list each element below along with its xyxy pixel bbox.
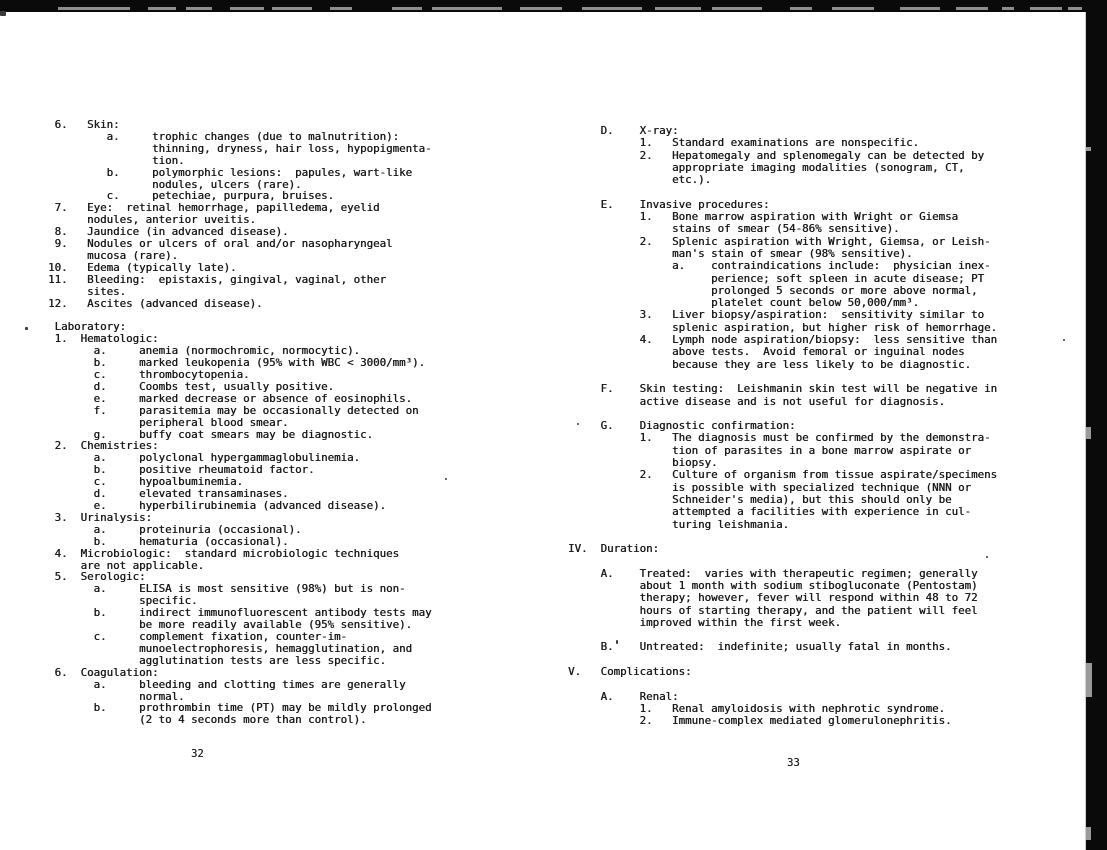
scan-noise-dash (790, 7, 812, 10)
scan-speck (986, 556, 988, 558)
page-right-text: D. X-ray: 1. Standard examinations are n… (568, 125, 997, 728)
scan-speck (25, 327, 28, 330)
scan-speck (577, 423, 579, 425)
scan-speck (616, 640, 618, 644)
scan-noise-dash (272, 7, 312, 10)
scanned-document-spread: 6. Skin: a. trophic changes (due to maln… (0, 0, 1107, 850)
scan-speck (1063, 339, 1065, 341)
scan-noise-dash (712, 7, 762, 10)
scan-noise-tick (1086, 827, 1091, 840)
scan-noise-dash (832, 7, 874, 10)
scan-noise-dash (1030, 7, 1062, 10)
scan-noise-dash (520, 7, 562, 10)
scan-noise-tick (1086, 427, 1091, 439)
scan-noise-dash (392, 7, 422, 10)
page-left-text: 6. Skin: a. trophic changes (due to maln… (48, 119, 432, 726)
scan-noise-dash (582, 7, 642, 10)
scan-speck (0, 11, 6, 16)
scan-noise-dash (148, 7, 176, 10)
scan-noise-dash (655, 7, 701, 10)
scanner-edge-band-right (1086, 0, 1107, 850)
scan-noise-dash (1002, 7, 1014, 10)
scan-noise-dash (900, 7, 940, 10)
scan-noise-tick (1086, 663, 1092, 697)
scan-noise-dash (432, 7, 502, 10)
scan-speck (445, 478, 447, 480)
scan-noise-dash (58, 7, 130, 10)
scan-noise-dash (330, 7, 352, 10)
scan-noise-dash (1068, 7, 1082, 10)
scan-noise-dash (186, 7, 212, 10)
scan-noise-tick (1086, 147, 1091, 151)
page-right-number: 33 (787, 757, 800, 769)
scan-noise-dash (230, 7, 264, 10)
scan-noise-dash (956, 7, 988, 10)
page-left-number: 32 (191, 748, 204, 760)
scanner-edge-band-top (0, 0, 1107, 12)
